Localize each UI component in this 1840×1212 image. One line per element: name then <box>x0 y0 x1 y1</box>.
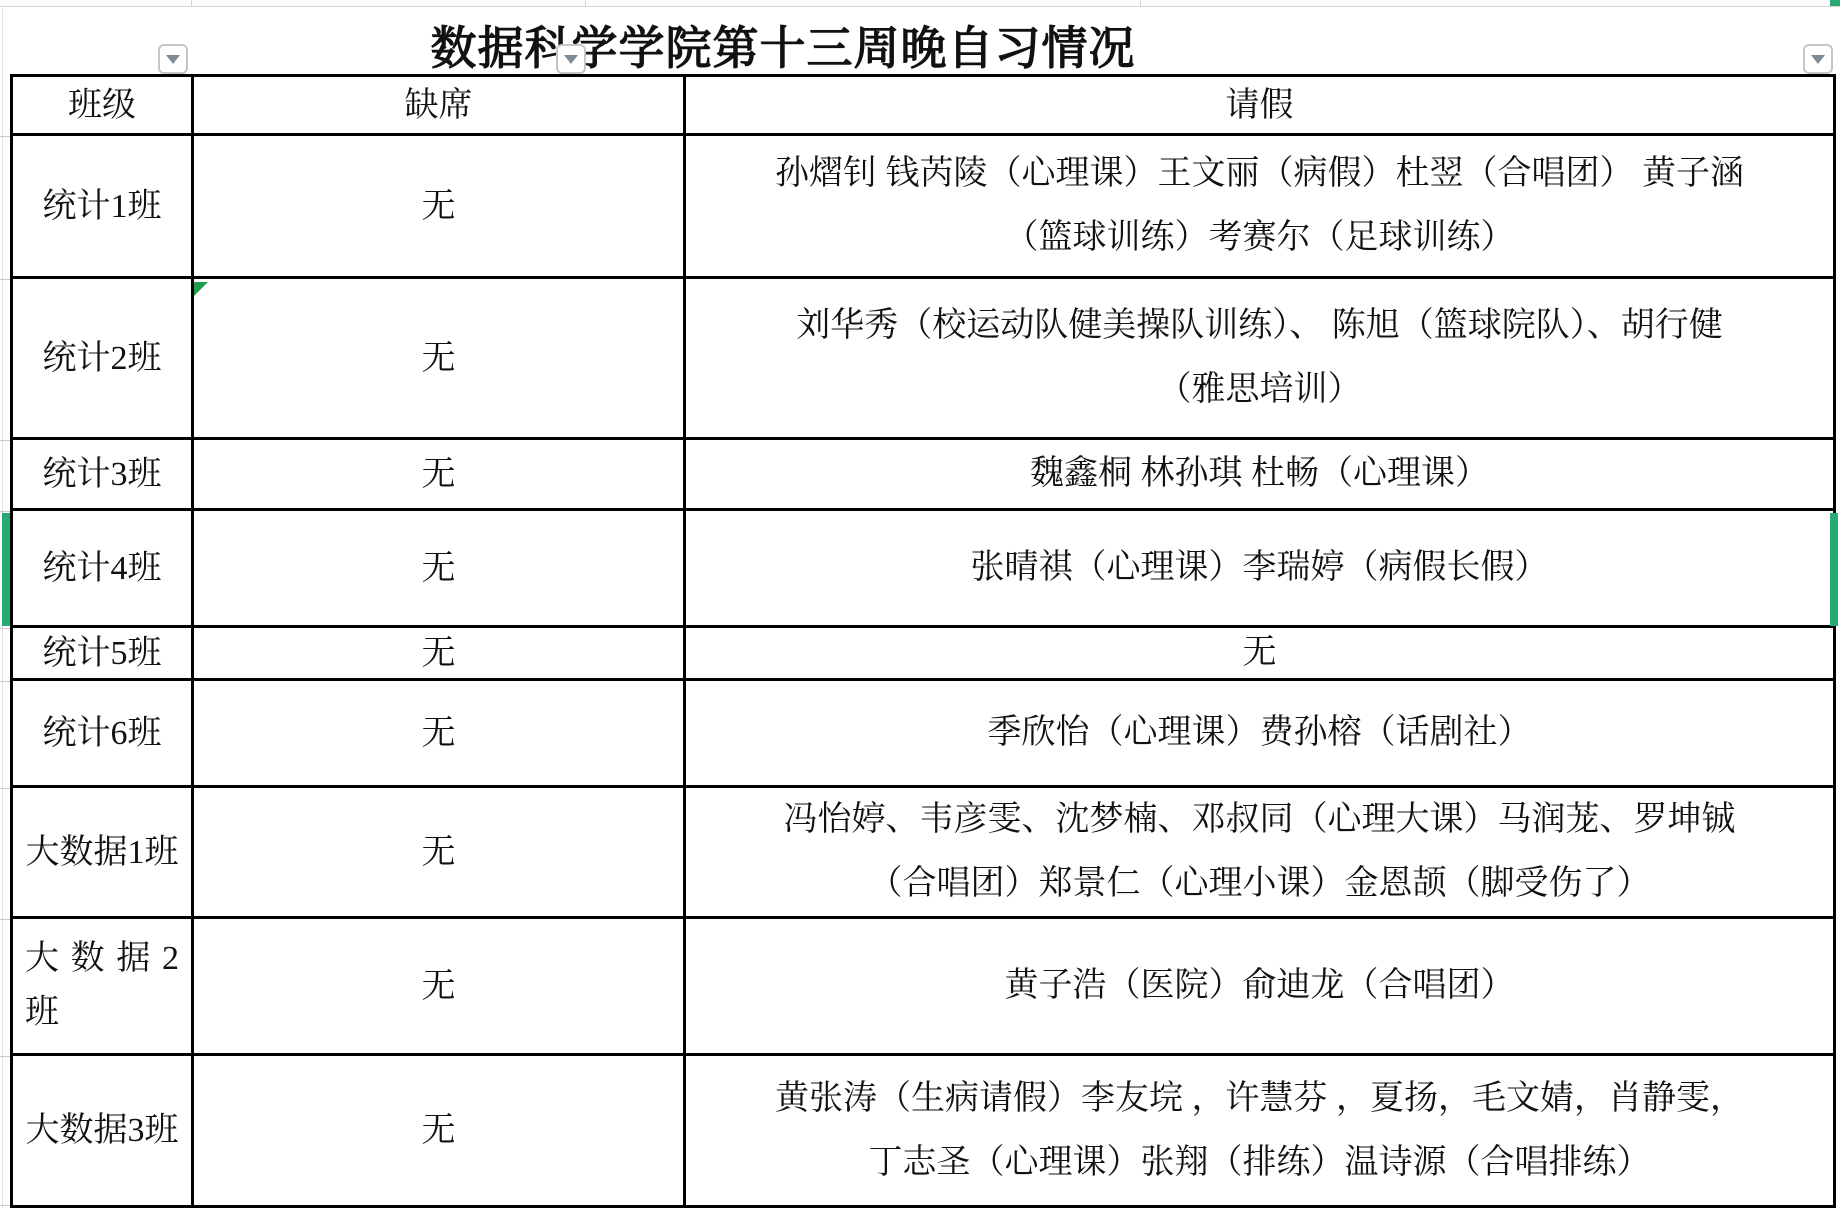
leave-line: （篮球训练）考赛尔（足球训练） <box>1005 206 1515 270</box>
gridline <box>0 681 10 682</box>
gridline <box>0 279 10 280</box>
absent-cell[interactable]: 无 <box>194 279 686 437</box>
class-line: 大 数 据 2 <box>25 932 179 986</box>
leave-line: 张晴祺（心理课）李瑞婷（病假长假） <box>971 536 1549 600</box>
class-cell[interactable]: 统计2班 <box>13 279 194 437</box>
leave-cell[interactable]: 张晴祺（心理课）李瑞婷（病假长假） <box>686 511 1833 625</box>
absent-cell[interactable]: 无 <box>194 919 686 1053</box>
header-absent[interactable]: 缺席 <box>194 77 686 133</box>
leave-line: 冯怡婷、韦彦雯、沈梦楠、邓叔同（心理大课）马润茏、罗坤铖 <box>784 788 1736 852</box>
table-row-selected: 统计4班 无 张晴祺（心理课）李瑞婷（病假长假） <box>13 511 1833 628</box>
gridline <box>585 0 586 6</box>
leave-line: （合唱团）郑景仁（心理小课）金恩颉（脚受伤了） <box>869 852 1651 916</box>
table-row: 大 数 据 2 班 无 黄子浩（医院）俞迪龙（合唱团） <box>13 919 1833 1056</box>
table-row: 统计1班 无 孙熠钊 钱芮陵（心理课）王文丽（病假）杜翌（合唱团） 黄子涵 （篮… <box>13 136 1833 279</box>
chevron-down-icon <box>166 55 180 64</box>
table-row: 统计3班 无 魏鑫桐 林孙琪 杜畅（心理课） <box>13 440 1833 511</box>
filter-dropdown-button[interactable] <box>556 44 586 74</box>
leave-cell[interactable]: 黄子浩（医院）俞迪龙（合唱团） <box>686 919 1833 1053</box>
attendance-table: 班级 缺席 请假 统计1班 无 孙熠钊 钱芮陵（心理课）王文丽（病假）杜翌（合唱… <box>10 74 1836 1208</box>
gridline <box>0 1205 10 1206</box>
gridline <box>0 136 10 137</box>
class-line: 班 <box>25 986 179 1040</box>
header-row: 班级 缺席 请假 <box>13 77 1833 136</box>
filter-dropdown-button[interactable] <box>1803 44 1833 74</box>
leave-line: 无 <box>1243 621 1277 685</box>
leave-cell[interactable]: 黄张涛（生病请假）李友垸 ，许慧芬 ，夏扬，毛文婧，肖静雯， 丁志圣（心理课）张… <box>686 1056 1833 1205</box>
leave-line: 丁志圣（心理课）张翔（排练）温诗源（合唱排练） <box>869 1131 1651 1195</box>
chevron-down-icon <box>564 55 578 64</box>
chevron-down-icon <box>1811 55 1825 64</box>
class-cell[interactable]: 统计6班 <box>13 681 194 785</box>
class-cell[interactable]: 统计1班 <box>13 136 194 276</box>
table-row: 统计2班 无 刘华秀（校运动队健美操队训练）、 陈旭（篮球院队）、胡行健 （雅思… <box>13 279 1833 440</box>
table-row: 大数据1班 无 冯怡婷、韦彦雯、沈梦楠、邓叔同（心理大课）马润茏、罗坤铖 （合唱… <box>13 788 1833 919</box>
leave-line: 魏鑫桐 林孙琪 杜畅（心理课） <box>1030 442 1489 506</box>
leave-cell[interactable]: 无 <box>686 628 1833 678</box>
absent-cell[interactable]: 无 <box>194 681 686 785</box>
leave-cell[interactable]: 刘华秀（校运动队健美操队训练）、 陈旭（篮球院队）、胡行健 （雅思培训） <box>686 279 1833 437</box>
leave-cell[interactable]: 魏鑫桐 林孙琪 杜畅（心理课） <box>686 440 1833 508</box>
leave-line: 季欣怡（心理课）费孙榕（话剧社） <box>988 701 1532 765</box>
class-cell[interactable]: 统计3班 <box>13 440 194 508</box>
selection-corner-mark <box>1830 0 1840 6</box>
class-cell[interactable]: 大数据3班 <box>13 1056 194 1205</box>
absent-cell[interactable]: 无 <box>194 1056 686 1205</box>
gridline <box>0 628 10 629</box>
table-row: 大数据3班 无 黄张涛（生病请假）李友垸 ，许慧芬 ，夏扬，毛文婧，肖静雯， 丁… <box>13 1056 1833 1205</box>
class-cell[interactable]: 统计5班 <box>13 628 194 678</box>
gridline <box>0 511 10 512</box>
leave-cell[interactable]: 孙熠钊 钱芮陵（心理课）王文丽（病假）杜翌（合唱团） 黄子涵 （篮球训练）考赛尔… <box>686 136 1833 276</box>
cell-error-marker <box>194 282 208 296</box>
spreadsheet-screen: 数据科学学院第十三周晚自习情况 班级 缺席 请假 统计1班 无 孙熠钊 钱芮陵（… <box>0 0 1840 1212</box>
gridline <box>0 919 10 920</box>
table-row: 统计6班 无 季欣怡（心理课）费孙榕（话剧社） <box>13 681 1833 788</box>
header-leave[interactable]: 请假 <box>686 77 1833 133</box>
absent-cell[interactable]: 无 <box>194 628 686 678</box>
leave-line: 黄子浩（医院）俞迪龙（合唱团） <box>1005 954 1515 1018</box>
absent-cell[interactable]: 无 <box>194 511 686 625</box>
class-cell[interactable]: 大数据1班 <box>13 788 194 916</box>
header-class[interactable]: 班级 <box>13 77 194 133</box>
sheet-row-above <box>0 0 1840 7</box>
leave-line: 黄张涛（生病请假）李友垸 ，许慧芬 ，夏扬，毛文婧，肖静雯， <box>775 1067 1744 1131</box>
absent-cell[interactable]: 无 <box>194 440 686 508</box>
leave-line: 孙熠钊 钱芮陵（心理课）王文丽（病假）杜翌（合唱团） 黄子涵 <box>775 142 1744 206</box>
class-cell[interactable]: 大 数 据 2 班 <box>13 919 194 1053</box>
leave-cell[interactable]: 冯怡婷、韦彦雯、沈梦楠、邓叔同（心理大课）马润茏、罗坤铖 （合唱团）郑景仁（心理… <box>686 788 1833 916</box>
filter-dropdown-button[interactable] <box>158 44 188 74</box>
gridline <box>0 788 10 789</box>
leave-cell[interactable]: 季欣怡（心理课）费孙榕（话剧社） <box>686 681 1833 785</box>
table-row: 统计5班 无 无 <box>13 628 1833 681</box>
class-cell[interactable]: 统计4班 <box>13 511 194 625</box>
absent-cell[interactable]: 无 <box>194 788 686 916</box>
page-title[interactable]: 数据科学学院第十三周晚自习情况 <box>10 12 1556 78</box>
row-selection-bar-left <box>2 513 10 626</box>
absent-cell[interactable]: 无 <box>194 136 686 276</box>
row-selection-bar-right <box>1830 513 1838 626</box>
leave-line: 刘华秀（校运动队健美操队训练）、 陈旭（篮球院队）、胡行健 <box>796 294 1723 358</box>
leave-line: （雅思培训） <box>1158 358 1362 422</box>
gridline <box>1140 0 1141 6</box>
gridline <box>0 440 10 441</box>
gridline <box>191 0 192 6</box>
gridline <box>0 1056 10 1057</box>
